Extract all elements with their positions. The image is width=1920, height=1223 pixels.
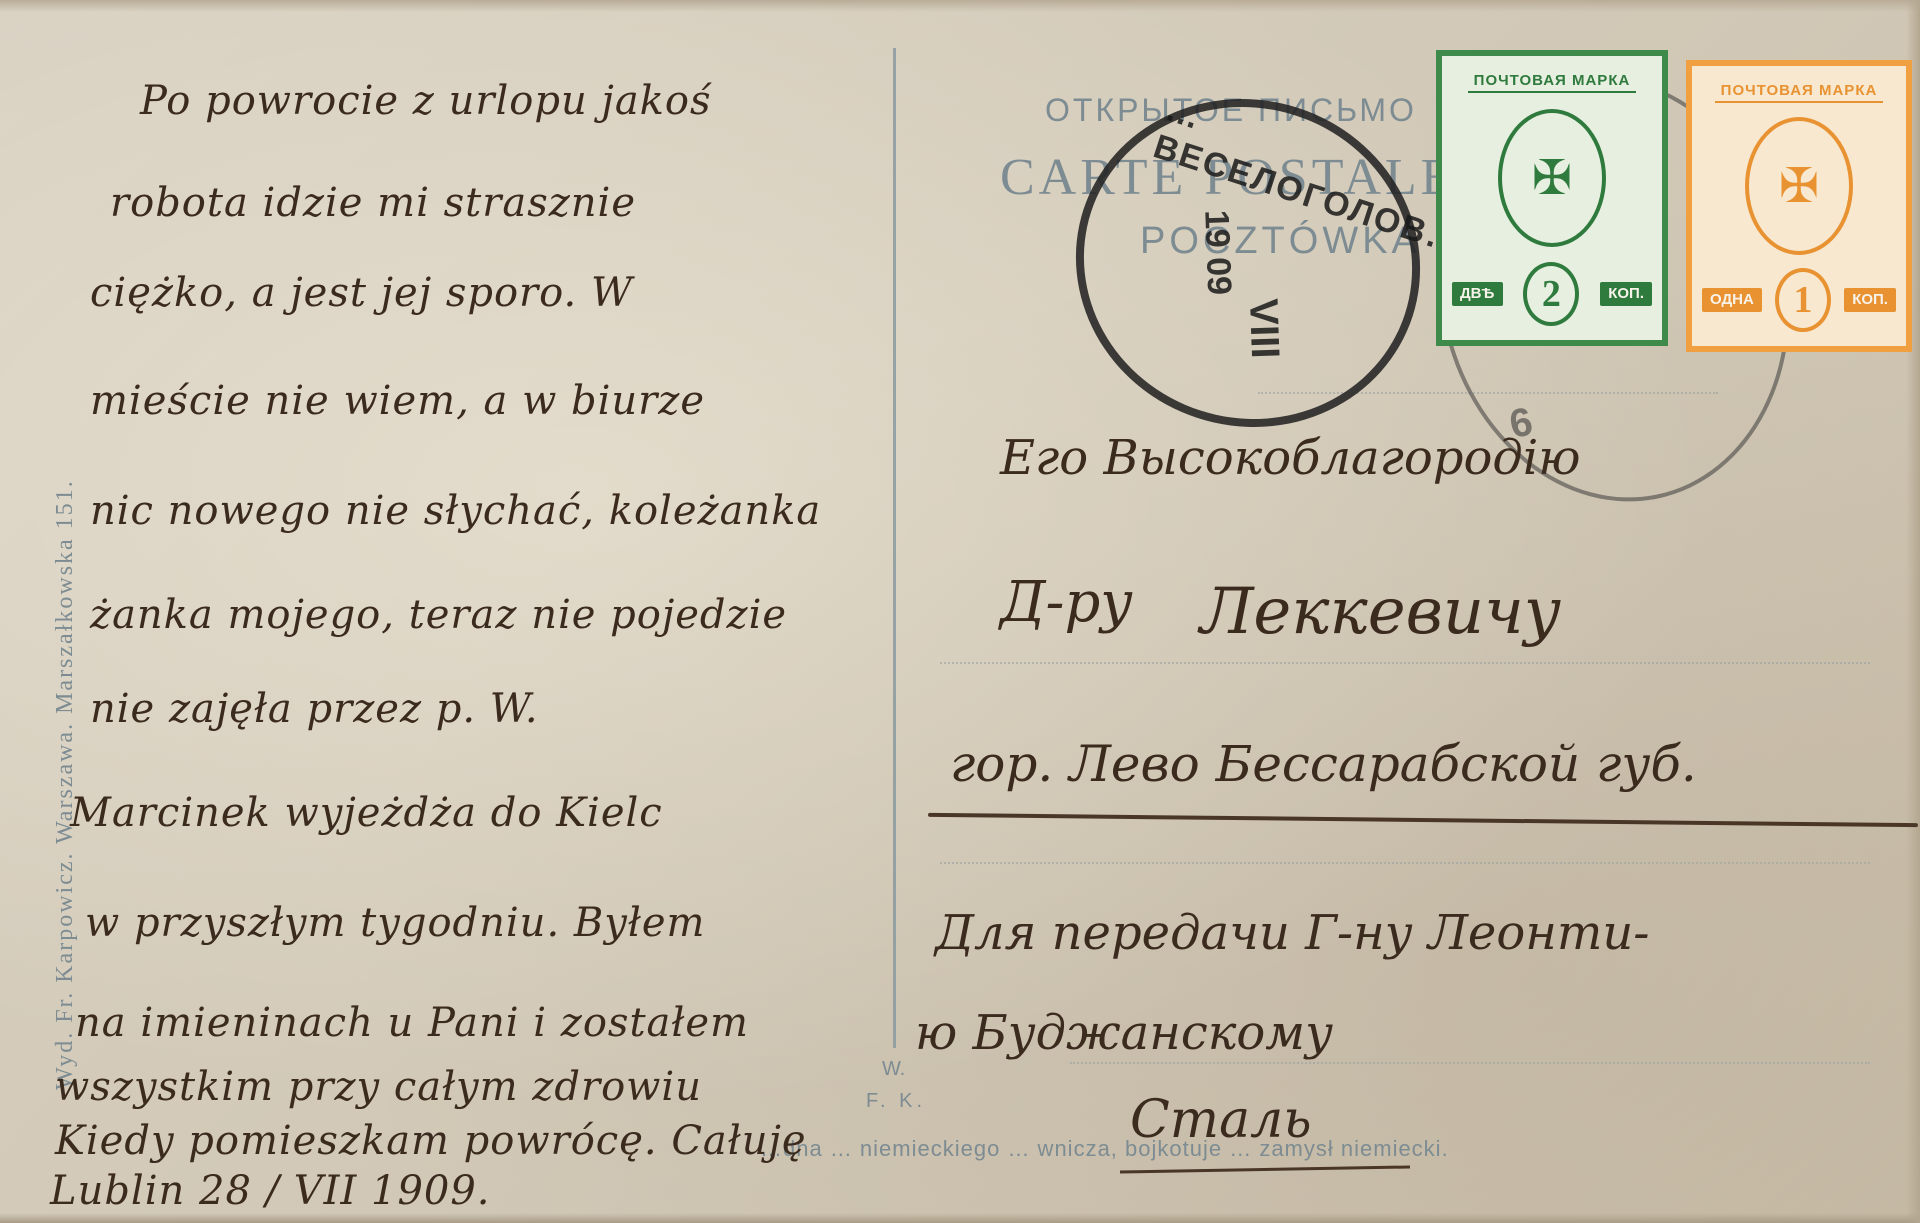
message-line-4: mieście nie wiem, a w biurze <box>90 378 705 424</box>
stamp-value-unit: КОП. <box>1852 291 1888 308</box>
printed-bottom-notice: …dna … niemieckiego … wnicza, bojkotuje … <box>760 1136 1449 1162</box>
message-line-3: ciężko, a jest jej sporo. W <box>90 270 633 316</box>
address-dotted-line-2 <box>940 662 1870 664</box>
message-line-6: żanka mojego, teraz nie pojedzie <box>90 592 787 638</box>
address-title: Д-ру <box>1000 570 1133 635</box>
postmark-date: 19 09 <box>1196 209 1238 295</box>
address-dotted-line-3 <box>940 862 1870 864</box>
address-city-line: гор. Лево Бессарабской губ. <box>950 735 1697 793</box>
message-line-1: Po powrocie z urlopu jakoś <box>140 78 712 124</box>
stamp-1-kopek: ПОЧТОВАЯ МАРКА ✠ ОДНА 1 КОП. <box>1686 60 1912 352</box>
signature: Сталь <box>1130 1090 1312 1150</box>
message-date-line: Lublin 28 / VII 1909. <box>50 1168 491 1214</box>
eagle-emblem-icon: ✠ <box>1498 109 1606 247</box>
card-edge-top <box>0 0 1920 12</box>
printed-center-divider <box>893 48 896 1048</box>
stamp-banner: ПОЧТОВАЯ МАРКА <box>1715 80 1884 103</box>
message-line-12: Kiedy pomieszkam powrócę. Całuję <box>55 1118 807 1164</box>
message-line-10: na imieninach u Pani i zostałem <box>75 1000 749 1046</box>
address-forward-line: Для передачи Г-ну Леонти- <box>935 905 1650 961</box>
address-strike-line <box>928 813 1918 827</box>
stamp-value-number: 1 <box>1775 268 1831 332</box>
signature-underline <box>1120 1165 1410 1173</box>
stamp-value-word: ДВѢ <box>1460 285 1495 302</box>
publisher-imprint: Wyd. Fr. Karpowicz. Warszawa. Marszałkow… <box>52 479 79 1090</box>
stamp-banner: ПОЧТОВАЯ МАРКА <box>1468 70 1637 93</box>
message-line-5: nic nowego nie słychać, koleżanka <box>90 488 821 534</box>
address-forward-line-2: ю Буджанскому <box>915 1005 1333 1061</box>
address-dotted-line-4 <box>1070 1062 1870 1064</box>
postmark-month: VIII <box>1240 298 1287 360</box>
publisher-mark-w: W. <box>882 1058 905 1081</box>
message-line-7: nie zajęła przez p. W. <box>90 686 539 732</box>
address-name: Леккевичу <box>1200 575 1561 649</box>
message-line-8: Marcinek wyjeżdża do Kielc <box>70 790 663 836</box>
publisher-mark-fk: F. K. <box>866 1090 926 1113</box>
message-line-11: wszystkim przy całym zdrowiu <box>55 1064 702 1110</box>
card-edge-bottom <box>0 1213 1920 1223</box>
address-salutation: Его Высокоблагородію <box>1000 430 1580 486</box>
eagle-emblem-icon: ✠ <box>1745 117 1853 255</box>
postcard-back: ОТКРЫТОЕ ПИСЬМО CARTE POSTALE POCZTÓWKA … <box>0 0 1920 1223</box>
stamp-value-unit: КОП. <box>1608 285 1644 302</box>
message-line-9: w przyszłym tygodniu. Byłem <box>85 900 705 946</box>
message-line-2: robota idzie mi strasznie <box>110 180 636 226</box>
stamp-value-number: 2 <box>1523 262 1579 326</box>
stamp-2-kopeks: ПОЧТОВАЯ МАРКА ✠ ДВѢ 2 КОП. <box>1436 50 1668 346</box>
stamp-value-word: ОДНА <box>1710 291 1754 308</box>
